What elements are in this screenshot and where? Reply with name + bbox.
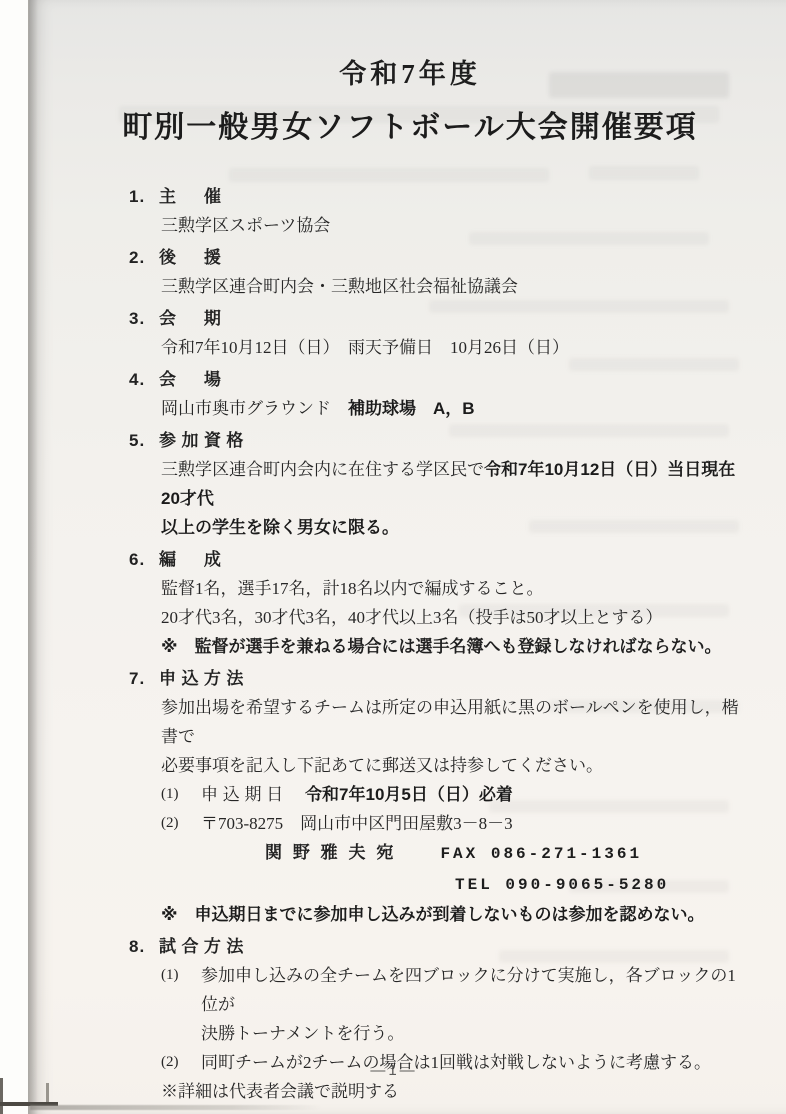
item-number: (1) (161, 961, 201, 1019)
tel-number: TEL 090-9065-5280 (455, 876, 669, 894)
section-application: 7.申込方法 参加出場を希望するチームは所定の申込用紙に黒のボールペンを使用し，… (129, 664, 739, 929)
section-number: 5. (129, 426, 159, 455)
composition-note: ※ 監督が選手を兼ねる場合には選手名簿へも登録しなければならない。 (161, 632, 739, 661)
section-composition: 6.編 成 監督1名，選手17名，計18名以内で編成すること。 20才代3名，3… (129, 545, 739, 661)
section-label: 試合方法 (159, 937, 249, 956)
application-tel-row: TEL 090-9065-5280 (455, 869, 739, 900)
section-support: 2.後 援 三勲学区連合町内会・三勲地区社会福祉協議会 (129, 243, 739, 301)
section-number: 2. (129, 243, 159, 272)
application-deadline-value: 令和7年10月5日（日）必着 (305, 785, 513, 804)
fax-number: FAX 086-271-1361 (440, 845, 642, 863)
format-blocks-line1: 参加申し込みの全チームを四ブロックに分けて実施し，各ブロックの1位が (201, 961, 739, 1019)
eligibility-line1: 三勲学区連合町内会内に在住する学区民で令和7年10月12日（日）当日現在20才代 (161, 455, 739, 513)
item-number: (1) (161, 780, 201, 809)
document-main-title: 町別一般男女ソフトボール大会開催要項 (63, 108, 757, 148)
application-item-address: (2) 〒703-8275 岡山市中区門田屋敷3－8－3 (161, 809, 739, 838)
section-label: 会 期 (159, 309, 226, 328)
format-item-blocks: (1) 参加申し込みの全チームを四ブロックに分けて実施し，各ブロックの1位が (161, 961, 739, 1019)
document-content: 令和7年度 町別一般男女ソフトボール大会開催要項 1.主 催 三勲学区スポーツ協… (129, 56, 739, 1106)
section-host-body: 三勲学区スポーツ協会 (161, 211, 739, 240)
section-number: 3. (129, 304, 159, 333)
addressee-name: 関 野 雅 夫 宛 (265, 843, 396, 862)
application-line2: 必要事項を記入し下記あてに郵送又は持参してください。 (161, 751, 739, 780)
application-line1: 参加出場を希望するチームは所定の申込用紙に黒のボールペンを使用し，楷書で (161, 693, 739, 751)
composition-line1: 監督1名，選手17名，計18名以内で編成すること。 (161, 574, 739, 603)
section-label: 後 援 (159, 248, 226, 267)
application-item-deadline: (1) 申込期日 令和7年10月5日（日）必着 (161, 780, 739, 809)
section-label: 編 成 (159, 550, 226, 569)
composition-line2: 20才代3名，30才代3名，40才代以上3名（投手は50才以上とする） (161, 603, 739, 632)
application-address: 〒703-8275 岡山市中区門田屋敷3－8－3 (201, 809, 739, 838)
section-eligibility: 5.参加資格 三勲学区連合町内会内に在住する学区民で令和7年10月12日（日）当… (129, 426, 739, 542)
section-format: 8.試合方法 (1) 参加申し込みの全チームを四ブロックに分けて実施し，各ブロッ… (129, 932, 739, 1106)
section-venue-body: 岡山市奥市グラウンド 補助球場 A，B (161, 394, 739, 423)
application-deadline: 申込期日 令和7年10月5日（日）必着 (201, 780, 739, 809)
section-format-heading: 8.試合方法 (129, 932, 739, 961)
scanned-document-page: 令和7年度 町別一般男女ソフトボール大会開催要項 1.主 催 三勲学区スポーツ協… (28, 0, 786, 1114)
venue-detail: 補助球場 A，B (348, 399, 475, 418)
document-year-title: 令和7年度 (63, 56, 757, 92)
section-number: 6. (129, 545, 159, 574)
section-support-heading: 2.後 援 (129, 243, 739, 272)
section-label: 参加資格 (159, 431, 249, 450)
section-venue-heading: 4.会 場 (129, 365, 739, 394)
section-number: 4. (129, 365, 159, 394)
section-number: 8. (129, 932, 159, 961)
scan-edge-artifact (0, 1078, 3, 1114)
application-deadline-label: 申込期日 (201, 785, 288, 804)
format-blocks-line2: 決勝トーナメントを行う。 (201, 1019, 739, 1048)
section-schedule-body: 令和7年10月12日（日） 雨天予備日 10月26日（日） (161, 333, 739, 362)
eligibility-line1-start: 三勲学区連合町内会内に在住する学区民で (161, 460, 484, 479)
section-label: 申込方法 (159, 669, 249, 688)
section-eligibility-heading: 5.参加資格 (129, 426, 739, 455)
section-host: 1.主 催 三勲学区スポーツ協会 (129, 182, 739, 240)
section-number: 1. (129, 182, 159, 211)
section-application-heading: 7.申込方法 (129, 664, 739, 693)
section-label: 会 場 (159, 370, 226, 389)
section-schedule: 3.会 期 令和7年10月12日（日） 雨天予備日 10月26日（日） (129, 304, 739, 362)
venue-name: 岡山市奥市グラウンド (161, 399, 331, 418)
section-venue: 4.会 場 岡山市奥市グラウンド 補助球場 A，B (129, 365, 739, 423)
document-title-block: 令和7年度 町別一般男女ソフトボール大会開催要項 (63, 56, 757, 148)
application-note: ※ 申込期日までに参加申し込みが到着しないものは参加を認めない。 (161, 900, 739, 929)
eligibility-line2: 以上の学生を除く男女に限る。 (161, 513, 739, 542)
section-label: 主 催 (159, 187, 226, 206)
section-host-heading: 1.主 催 (129, 182, 739, 211)
section-number: 7. (129, 664, 159, 693)
page-number: —1— (29, 1062, 759, 1079)
format-note: ※詳細は代表者会議で説明する (161, 1077, 739, 1106)
item-number: (2) (161, 809, 201, 838)
application-addressee-row: 関 野 雅 夫 宛FAX 086-271-1361 (265, 838, 739, 869)
section-schedule-heading: 3.会 期 (129, 304, 739, 333)
section-composition-heading: 6.編 成 (129, 545, 739, 574)
section-support-body: 三勲学区連合町内会・三勲地区社会福祉協議会 (161, 272, 739, 301)
